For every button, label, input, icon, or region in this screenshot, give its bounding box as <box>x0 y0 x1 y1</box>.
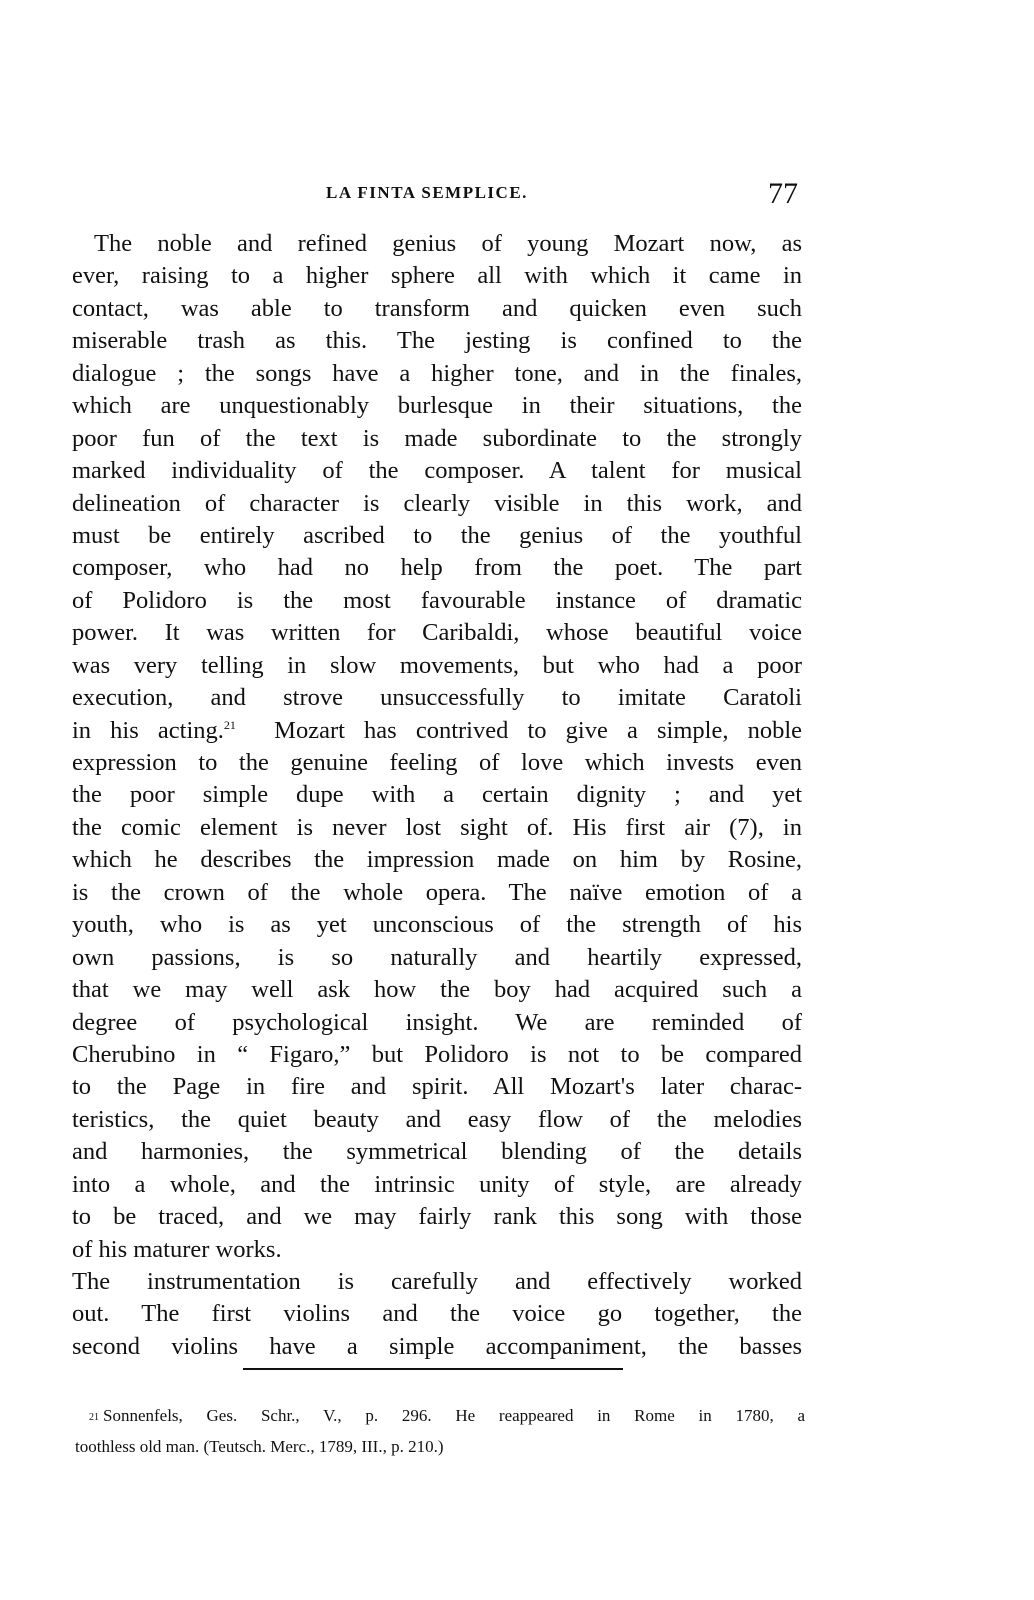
text-line: and harmonies, the symmetrical blending … <box>72 1136 802 1168</box>
text-line: The noble and refined genius of young Mo… <box>72 228 802 260</box>
text-line: power. It was written for Caribaldi, who… <box>72 617 802 649</box>
text-line: own passions, is so naturally and hearti… <box>72 942 802 974</box>
text-line: is the crown of the whole opera. The naï… <box>72 877 802 909</box>
footnote-marker: 21 <box>89 1412 99 1423</box>
text-line: the comic element is never lost sight of… <box>72 812 802 844</box>
footnotes: 21Sonnenfels, Ges. Schr., V., p. 296. He… <box>75 1400 805 1462</box>
text-line: poor fun of the text is made subordinate… <box>72 423 802 455</box>
text-line: Cherubino in “ Figaro,” but Polidoro is … <box>72 1039 802 1071</box>
text-line: was very telling in slow movements, but … <box>72 650 802 682</box>
text-line: that we may well ask how the boy had acq… <box>72 974 802 1006</box>
text-line: of his maturer works. <box>72 1234 802 1266</box>
text-line: dialogue ; the songs have a higher tone,… <box>72 358 802 390</box>
text-line: to be traced, and we may fairly rank thi… <box>72 1201 802 1233</box>
footnote-line: 21Sonnenfels, Ges. Schr., V., p. 296. He… <box>75 1400 805 1431</box>
text-line: The instrumentation is carefully and eff… <box>72 1266 802 1298</box>
text-line: to the Page in fire and spirit. All Moza… <box>72 1071 802 1103</box>
footnote-line: toothless old man. (Teutsch. Merc., 1789… <box>75 1431 805 1462</box>
page-header: LA FINTA SEMPLICE. 77 <box>0 183 1034 213</box>
text-line: composer, who had no help from the poet.… <box>72 552 802 584</box>
text-fragment: Mozart has contrived to give a simple, n… <box>274 717 802 744</box>
text-line: marked individuality of the composer. A … <box>72 455 802 487</box>
footnote-ref[interactable]: 21 <box>224 718 236 732</box>
text-line: the poor simple dupe with a certain dign… <box>72 779 802 811</box>
text-line: second violins have a simple accompanime… <box>72 1331 802 1363</box>
text-line: ever, raising to a higher sphere all wit… <box>72 260 802 292</box>
text-line: youth, who is as yet unconscious of the … <box>72 909 802 941</box>
text-fragment: in his acting. <box>72 717 224 744</box>
footnote-divider <box>243 1368 623 1370</box>
page-number: 77 <box>768 177 798 211</box>
text-line: must be entirely ascribed to the genius … <box>72 520 802 552</box>
text-line: delineation of character is clearly visi… <box>72 488 802 520</box>
body-text: The noble and refined genius of young Mo… <box>72 228 802 1363</box>
text-line: into a whole, and the intrinsic unity of… <box>72 1169 802 1201</box>
text-line: which he describes the impression made o… <box>72 844 802 876</box>
text-line: expression to the genuine feeling of lov… <box>72 747 802 779</box>
text-line: teristics, the quiet beauty and easy flo… <box>72 1104 802 1136</box>
text-line: contact, was able to transform and quick… <box>72 293 802 325</box>
text-line: out. The first violins and the voice go … <box>72 1298 802 1330</box>
text-line: which are unquestionably burlesque in th… <box>72 390 802 422</box>
text-line: of Polidoro is the most favourable insta… <box>72 585 802 617</box>
text-line-with-footnote-ref: in his acting.21 Mozart has contrived to… <box>72 715 802 747</box>
footnote-text: Sonnenfels, Ges. Schr., V., p. 296. He r… <box>103 1406 805 1425</box>
text-line: miserable trash as this. The jesting is … <box>72 325 802 357</box>
text-line: degree of psychological insight. We are … <box>72 1007 802 1039</box>
text-line: execution, and strove unsuccessfully to … <box>72 682 802 714</box>
running-head: LA FINTA SEMPLICE. <box>326 183 528 203</box>
